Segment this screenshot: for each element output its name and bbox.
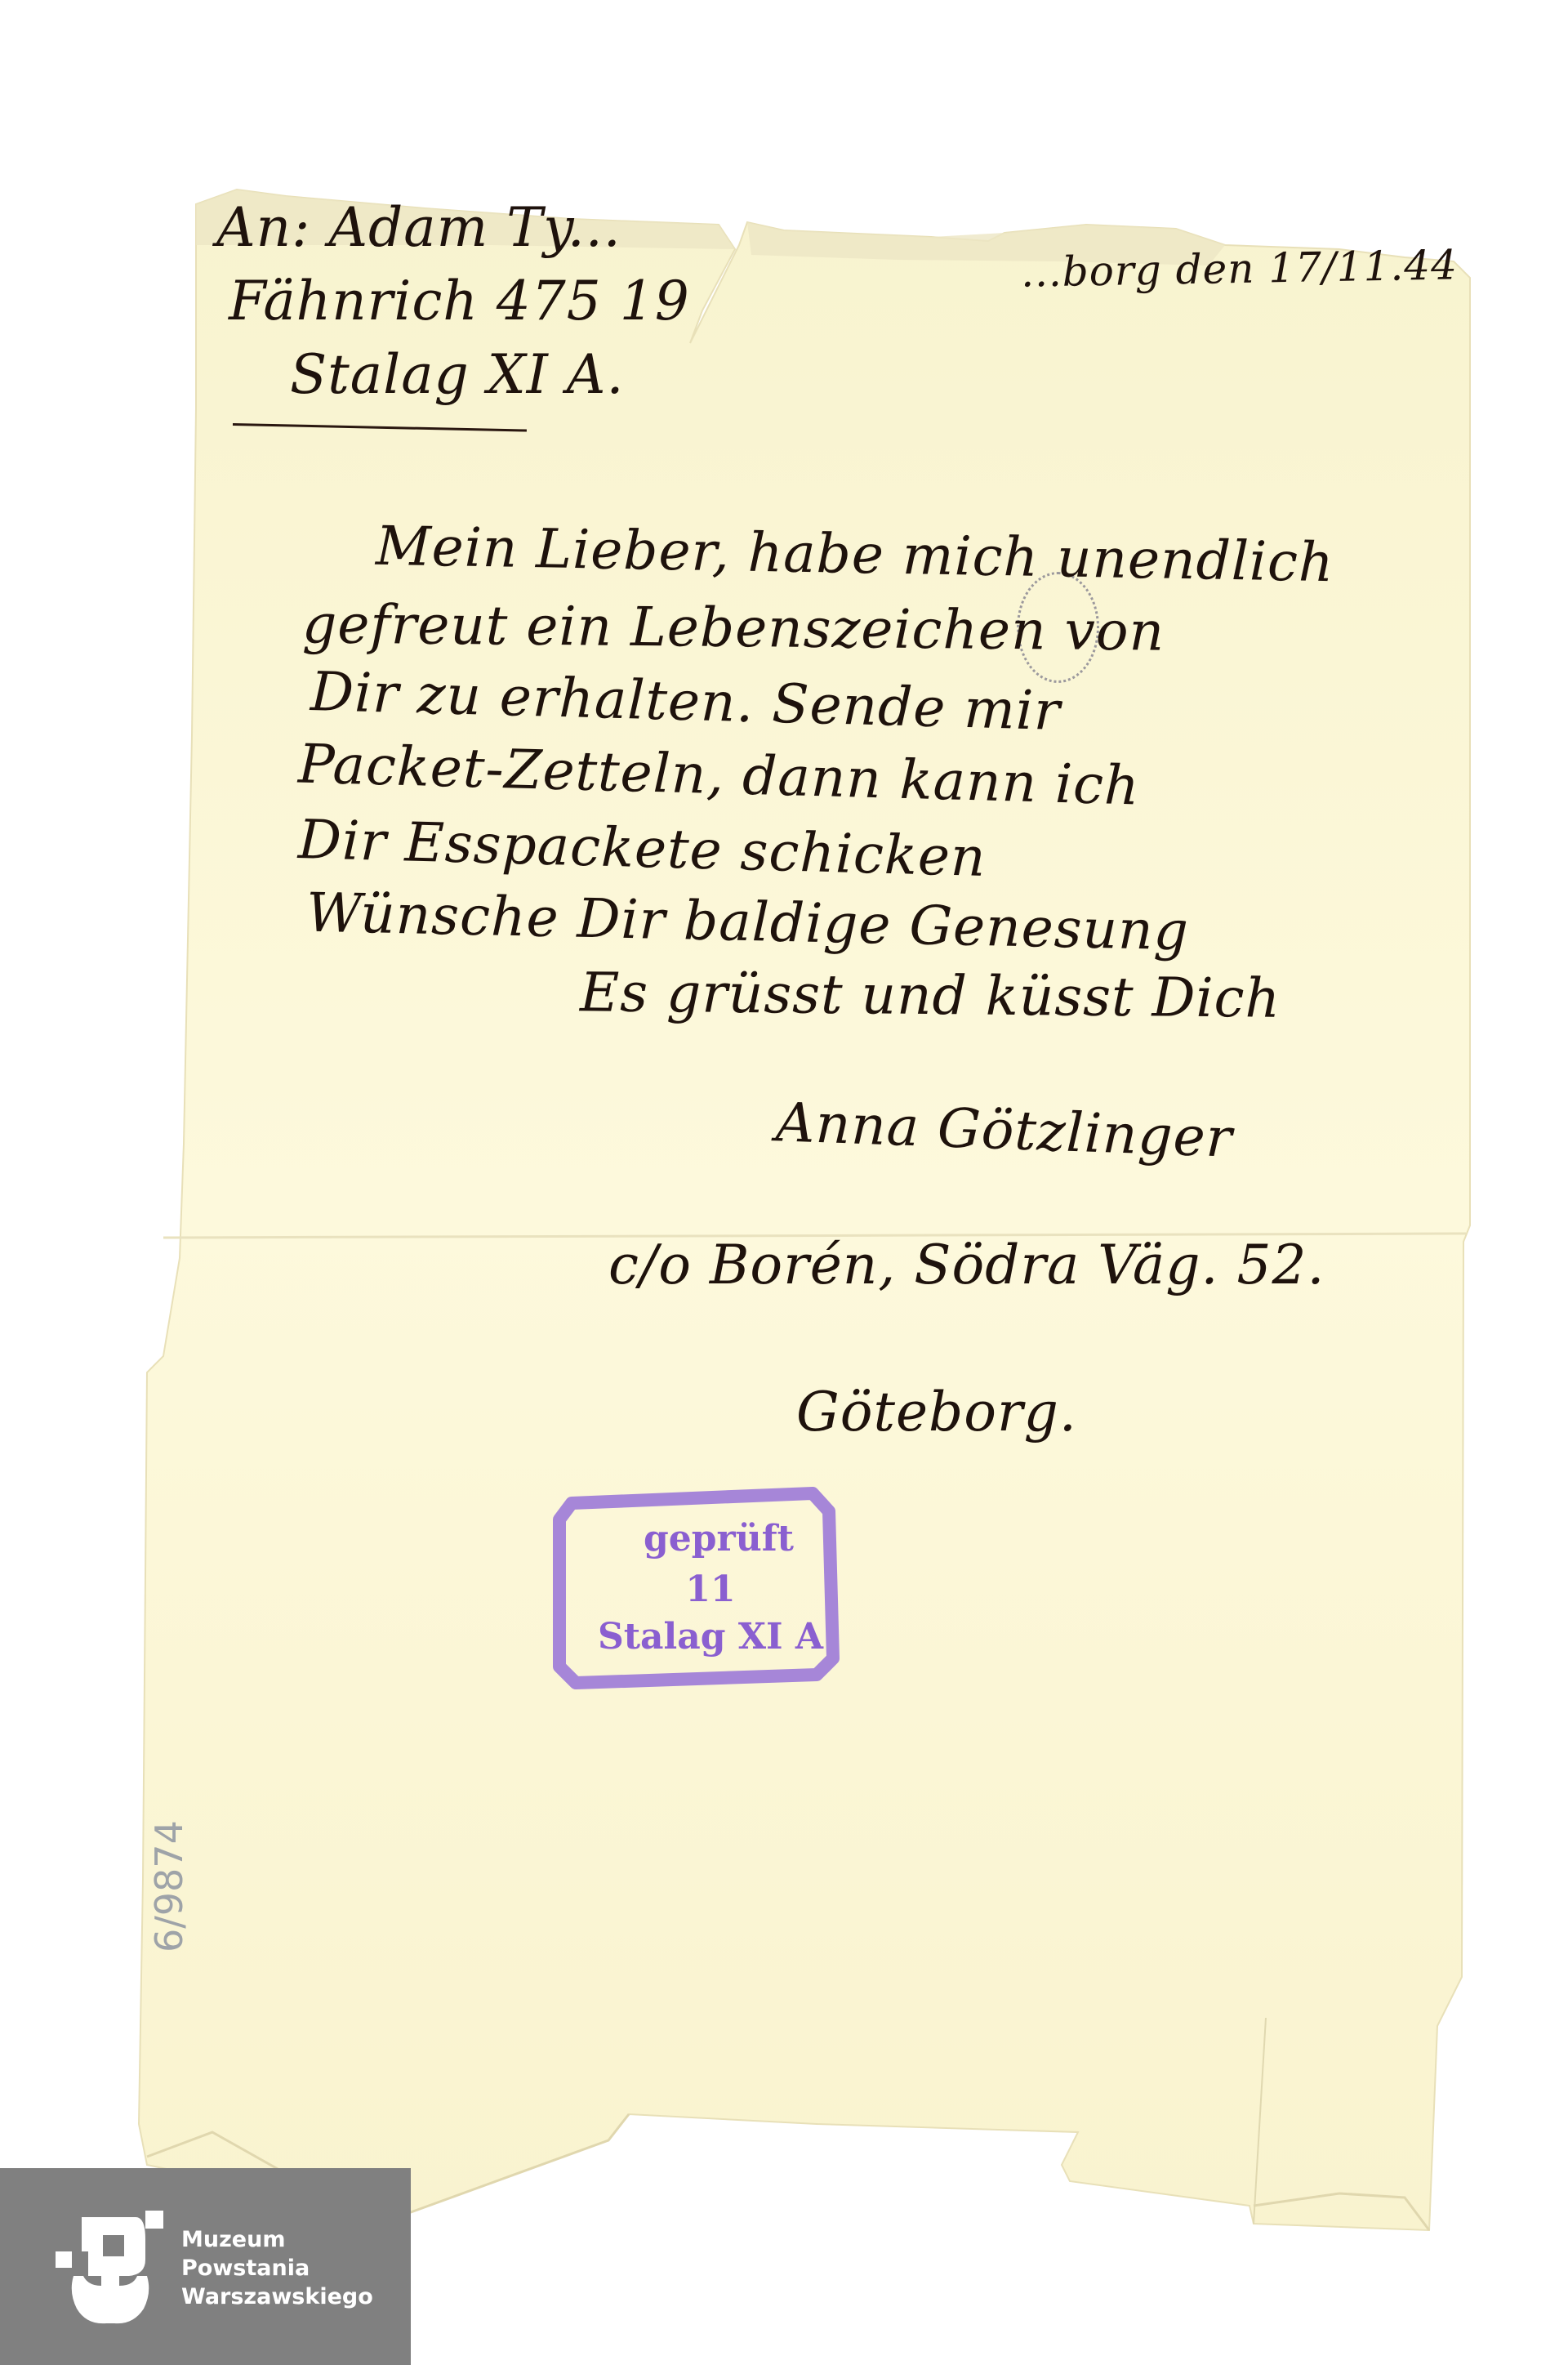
museum-name: Muzeum Powstania Warszawskiego: [181, 2225, 373, 2311]
museum-logo-banner: Muzeum Powstania Warszawskiego: [0, 2168, 411, 2365]
recipient-camp: Stalag XI A.: [290, 343, 624, 406]
stamp-censor-number: 11: [543, 1568, 878, 1610]
stamp-camp-name: Stalag XI A: [543, 1616, 878, 1658]
stamp-checked-label: geprüft: [551, 1518, 886, 1560]
sender-address-city: Göteborg.: [796, 1381, 1077, 1444]
museum-name-line3: Warszawskiego: [181, 2282, 373, 2311]
museum-name-line1: Muzeum: [181, 2225, 373, 2254]
censor-stamp: geprüft 11 Stalag XI A: [535, 1487, 870, 1691]
body-line-7: Es grüsst und küsst Dich: [580, 961, 1281, 1029]
body-line-2: gefreut ein Lebenszeichen von: [302, 592, 1165, 663]
inventory-number: 6/9874: [147, 1820, 191, 1952]
recipient-name: An: Adam Ty...: [216, 196, 621, 259]
recipient-rank-number: Fähnrich 475 19: [229, 270, 690, 332]
paper-sheet: [0, 0, 1568, 2365]
sender-address-street: c/o Borén, Södra Väg. 52.: [608, 1234, 1325, 1296]
letter-date: ...borg den 17/11.44: [1021, 241, 1459, 296]
letter-scan: [0, 0, 1568, 2365]
museum-name-line2: Powstania: [181, 2254, 373, 2282]
kotwica-anchor-icon: [56, 2211, 166, 2325]
